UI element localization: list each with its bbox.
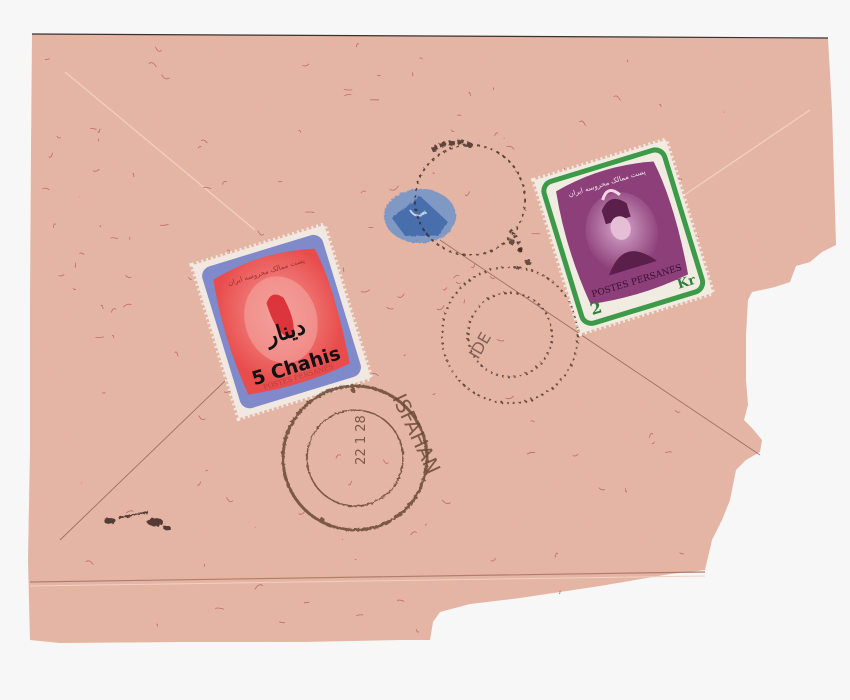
isfahan-postmark-date: 22 1 28 [354,415,369,465]
blue-wax-seal [384,189,456,243]
envelope-photo: IDE پست ممالک محروسه ایران POSTES PERSAN… [0,0,850,700]
